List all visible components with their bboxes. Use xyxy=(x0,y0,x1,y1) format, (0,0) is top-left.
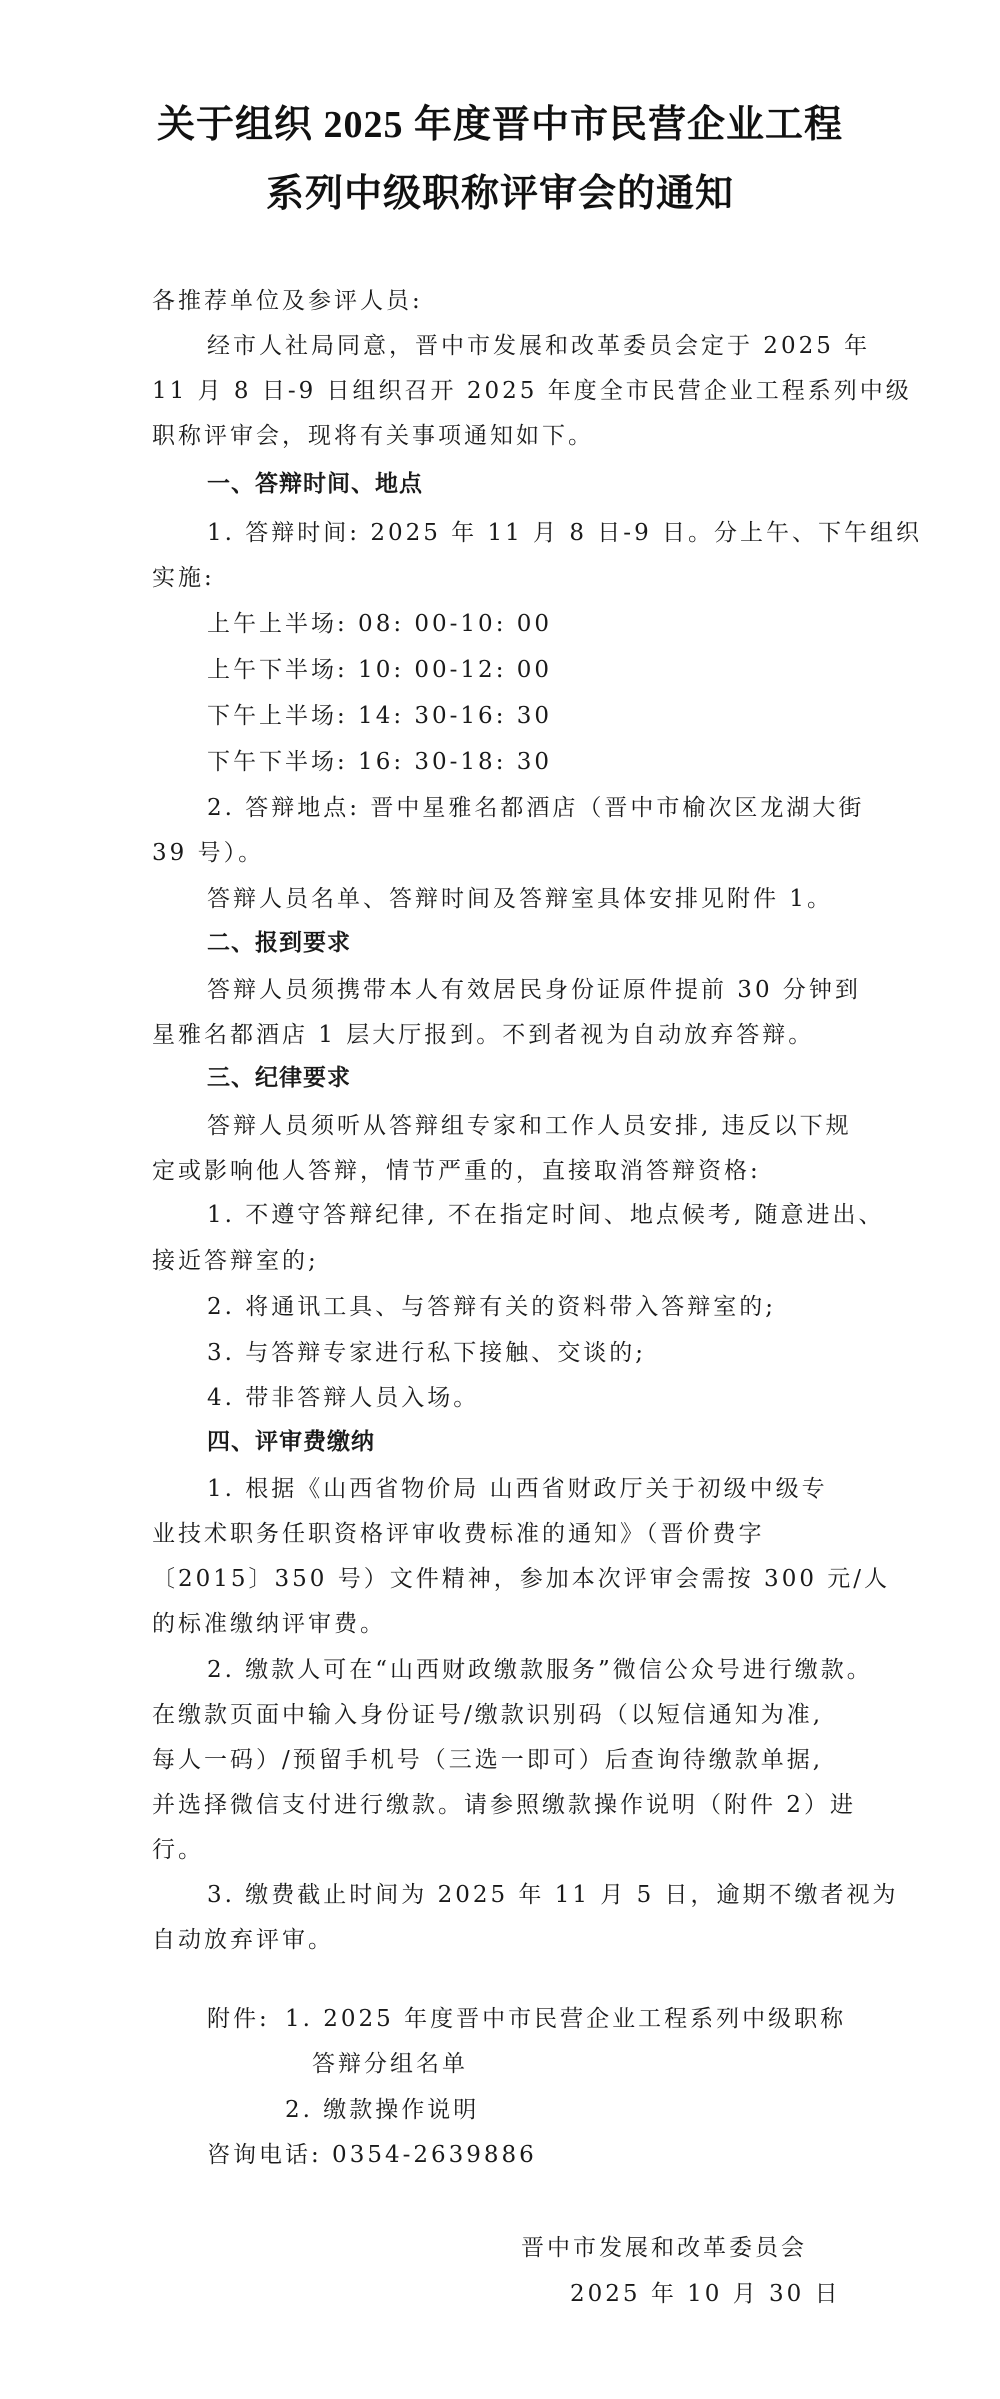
paragraph-line: 定或影响他人答辩，情节严重的，直接取消答辩资格: xyxy=(152,1156,761,1186)
session-time: 下午上半场: 14: 30-16: 30 xyxy=(207,701,552,731)
paragraph-line: 2. 缴款人可在“山西财政缴款服务”微信公众号进行缴款。 xyxy=(207,1655,873,1685)
rule-line: 3. 与答辩专家进行私下接触、交谈的; xyxy=(207,1338,646,1368)
attachment-item: 1. 2025 年度晋中市民营企业工程系列中级职称 xyxy=(285,2004,846,2034)
paragraph-line: 在缴款页面中输入身份证号/缴款识别码（以短信通知为准, xyxy=(152,1700,823,1730)
section-heading-4: 四、评审费缴纳 xyxy=(207,1427,375,1457)
paragraph-line: 业技术职务任职资格评审收费标准的通知》（晋价费字 xyxy=(152,1519,765,1549)
paragraph-line: 实施: xyxy=(152,563,215,593)
paragraph-line: 答辩人员名单、答辩时间及答辩室具体安排见附件 1。 xyxy=(207,884,833,914)
attachment-item: 2. 缴款操作说明 xyxy=(285,2095,479,2125)
document-title-line-2: 系列中级职称评审会的通知 xyxy=(0,162,1000,217)
attachments-label: 附件: xyxy=(207,2004,270,2034)
intro-line: 经市人社局同意，晋中市发展和改革委员会定于 2025 年 xyxy=(207,331,870,361)
paragraph-line: 行。 xyxy=(152,1835,204,1865)
section-heading-2: 二、报到要求 xyxy=(207,928,351,958)
session-time: 下午下半场: 16: 30-18: 30 xyxy=(207,747,552,777)
paragraph-line: 1. 根据《山西省物价局 山西省财政厅关于初级中级专 xyxy=(207,1474,828,1504)
rule-line: 1. 不遵守答辩纪律, 不在指定时间、地点候考, 随意进出、 xyxy=(207,1200,885,1230)
attachment-item: 答辩分组名单 xyxy=(312,2049,468,2079)
intro-line: 职称评审会，现将有关事项通知如下。 xyxy=(152,421,594,451)
rule-line: 2. 将通讯工具、与答辩有关的资料带入答辩室的; xyxy=(207,1292,776,1322)
paragraph-line: 每人一码）/预留手机号（三选一即可）后查询待缴款单据, xyxy=(152,1745,823,1775)
session-time: 上午上半场: 08: 00-10: 00 xyxy=(207,609,552,639)
paragraph-line: 3. 缴费截止时间为 2025 年 11 月 5 日，逾期不缴者视为 xyxy=(207,1880,899,1910)
session-time: 上午下半场: 10: 00-12: 00 xyxy=(207,655,552,685)
rule-line: 4. 带非答辩人员入场。 xyxy=(207,1383,479,1413)
contact-phone: 咨询电话: 0354-2639886 xyxy=(207,2140,537,2170)
section-heading-1: 一、答辩时间、地点 xyxy=(207,469,423,499)
rule-line: 接近答辩室的; xyxy=(152,1246,319,1276)
intro-line: 11 月 8 日-9 日组织召开 2025 年度全市民营企业工程系列中级 xyxy=(152,376,912,406)
signature-org: 晋中市发展和改革委员会 xyxy=(521,2229,807,2262)
paragraph-line: 2. 答辩地点: 晋中星雅名都酒店（晋中市榆次区龙湖大街 xyxy=(207,793,864,823)
paragraph-line: 星雅名都酒店 1 层大厅报到。不到者视为自动放弃答辩。 xyxy=(152,1020,814,1050)
paragraph-line: 1. 答辩时间: 2025 年 11 月 8 日-9 日。分上午、下午组织 xyxy=(207,518,922,548)
paragraph-line: 39 号）。 xyxy=(152,838,264,868)
salutation: 各推荐单位及参评人员: xyxy=(152,286,423,316)
paragraph-line: 〔2015〕350 号）文件精神，参加本次评审会需按 300 元/人 xyxy=(152,1564,890,1594)
paragraph-line: 并选择微信支付进行缴款。请参照缴款操作说明（附件 2）进 xyxy=(152,1790,856,1820)
section-heading-3: 三、纪律要求 xyxy=(207,1063,351,1093)
paragraph-line: 自动放弃评审。 xyxy=(152,1925,334,1955)
paragraph-line: 答辩人员须听从答辩组专家和工作人员安排, 违反以下规 xyxy=(207,1111,852,1141)
paragraph-line: 答辩人员须携带本人有效居民身份证原件提前 30 分钟到 xyxy=(207,975,861,1005)
paragraph-line: 的标准缴纳评审费。 xyxy=(152,1609,386,1639)
document-title-line-1: 关于组织 2025 年度晋中市民营企业工程 xyxy=(0,93,1000,148)
signature-date: 2025 年 10 月 30 日 xyxy=(570,2275,841,2308)
